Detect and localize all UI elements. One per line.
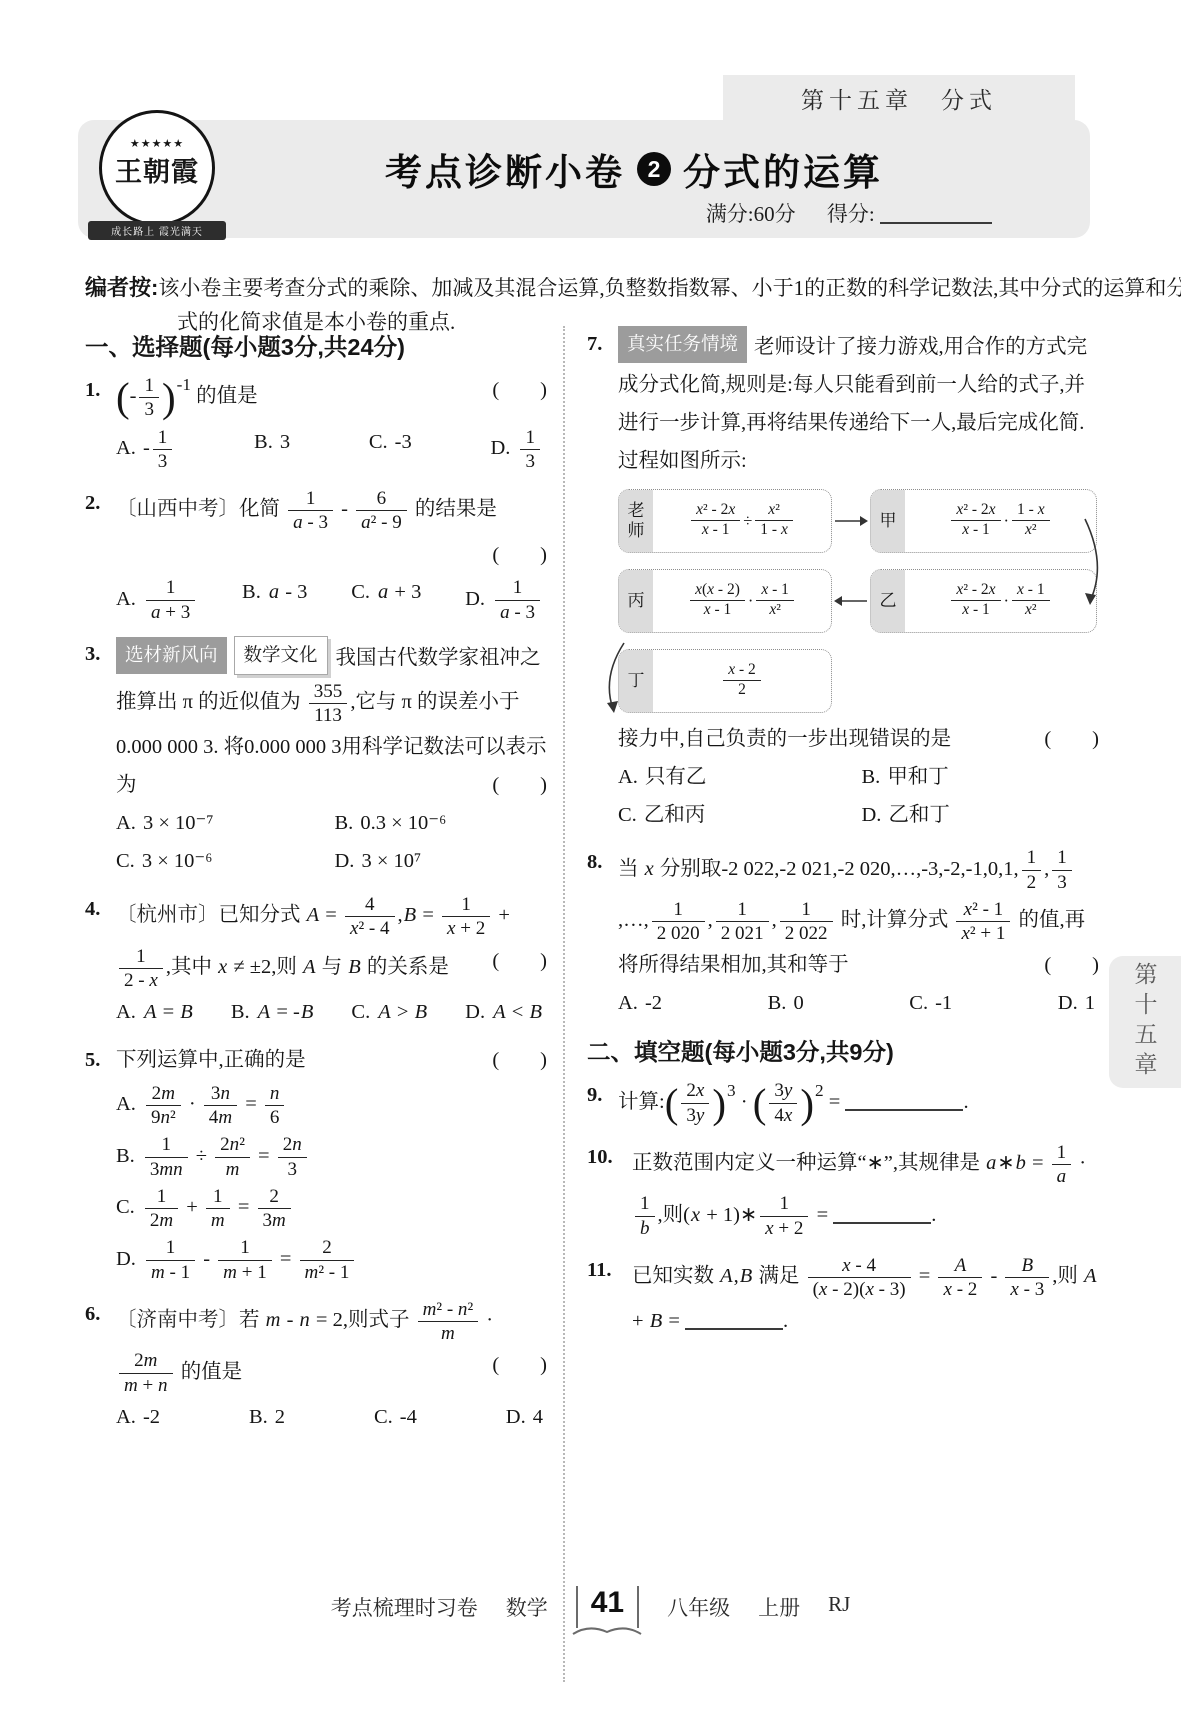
- brand-logo: ★★★★★ 王朝霞 成长路上 霞光满天: [94, 110, 220, 246]
- score-line: 满分:60分 得分:: [706, 198, 992, 228]
- option-b: B.a - 3: [242, 574, 307, 626]
- full-score-label: 满分:60分: [706, 202, 796, 226]
- option-a: A.1a + 3: [116, 574, 198, 626]
- question-6-stem: 〔济南中考〕若 m - n = 2,则式子 m² - n²m · 2mm + n…: [116, 1296, 547, 1399]
- header-box: ★★★★★ 王朝霞 成长路上 霞光满天 考点诊断小卷 2 分式的运算 满分:60…: [78, 120, 1090, 238]
- option-c: C.-1: [909, 985, 952, 1023]
- option-a: A.3 × 10⁻⁷: [116, 805, 329, 843]
- question-4-options: A.A = B B.A = -B C.A > B D.A < B: [116, 994, 547, 1032]
- option-d: D.A < B: [465, 994, 543, 1032]
- option-a: A.-2: [618, 985, 662, 1023]
- brand-name: 王朝霞: [115, 150, 199, 189]
- curved-arrow-left-icon: [602, 641, 628, 721]
- option-c: C.3 × 10⁻⁶: [116, 843, 329, 881]
- question-5: 5. 下列运算中,正确的是( ) A.2m9n² · 3n4m = n6 B.1…: [85, 1042, 547, 1286]
- option-b: B.甲和丁: [862, 759, 1100, 797]
- side-chapter-tab: 第十五章: [1109, 956, 1181, 1088]
- editor-note-label: 编者按:: [85, 275, 158, 300]
- question-7-question: 接力中,自己负责的一步出现错误的是( ): [618, 721, 1099, 759]
- option-d: D.1m - 1 - 1m + 1 = 2m² - 1: [116, 1234, 547, 1286]
- question-8-options: A.-2 B.0 C.-1 D.1: [618, 985, 1099, 1023]
- section-two-title: 二、填空题(每小题3分,共9分): [587, 1033, 1099, 1067]
- question-11: 11. 已知实数 A,B 满足 x - 4(x - 2)(x - 3) = Ax…: [587, 1252, 1099, 1341]
- option-d: D.3 × 10⁷: [335, 843, 548, 881]
- question-7-intro: 真实任务情境老师设计了接力游戏,用合作的方式完成分式化简,规则是:每人只能看到前…: [618, 326, 1099, 481]
- question-3-number: 3.: [85, 636, 100, 674]
- relay-box-yi: 乙 x² - 2xx - 1 · x - 1x²: [870, 569, 1097, 633]
- page-number-book: 41: [576, 1586, 639, 1628]
- question-7-number: 7.: [587, 326, 602, 364]
- brand-logo-circle: ★★★★★ 王朝霞: [99, 110, 215, 226]
- worksheet-page: 第十五章 分式 ★★★★★ 王朝霞 成长路上 霞光满天 考点诊断小卷 2 分式的…: [0, 0, 1181, 1730]
- question-6: 6. 〔济南中考〕若 m - n = 2,则式子 m² - n²m · 2mm …: [85, 1296, 547, 1437]
- footer-series: 考点梳理时习卷: [331, 1592, 478, 1622]
- question-6-options: A.-2 B.2 C.-4 D.4: [116, 1399, 547, 1437]
- relay-box-jia: 甲 x² - 2xx - 1 · 1 - xx²: [870, 489, 1097, 553]
- option-c: C.-3: [369, 424, 412, 476]
- section-one-title: 一、选择题(每小题3分,共24分): [85, 328, 547, 362]
- question-2-options: A.1a + 3 B.a - 3 C.a + 3 D.1a - 3: [116, 574, 547, 626]
- question-11-stem: 已知实数 A,B 满足 x - 4(x - 2)(x - 3) = Ax - 2…: [632, 1252, 1099, 1341]
- option-d: D.13: [491, 424, 543, 476]
- column-divider: [563, 326, 565, 1682]
- question-5-stem: 下列运算中,正确的是( ): [116, 1042, 547, 1080]
- question-4-stem: 〔杭州市〕已知分式 A = 4x² - 4,B = 1x + 2 + 12 - …: [116, 891, 547, 994]
- answer-bracket: ( ): [492, 943, 547, 981]
- question-3-stem: 选材新风向数学文化我国古代数学家祖冲之推算出 π 的近似值为 355113,它与…: [116, 636, 547, 805]
- title-number-badge: 2: [637, 152, 671, 186]
- page-title-prefix: 考点诊断小卷: [385, 142, 625, 196]
- tag-real-task: 真实任务情境: [618, 326, 747, 363]
- right-column: 7. 真实任务情境老师设计了接力游戏,用合作的方式完成分式化简,规则是:每人只能…: [587, 326, 1099, 1682]
- question-1: 1. (-13)-1 的值是( ) A.-13 B.3 C.-3 D.13: [85, 372, 547, 475]
- answer-bracket: ( ): [492, 767, 547, 805]
- question-1-stem: (-13)-1 的值是( ): [116, 372, 547, 424]
- question-1-options: A.-13 B.3 C.-3 D.13: [116, 424, 547, 476]
- question-10-stem: 正数范围内定义一种运算“∗”,其规律是 a∗b = 1a · 1b,则(x + …: [632, 1139, 1099, 1242]
- option-b: B.13mn ÷ 2n²m = 2n3: [116, 1131, 547, 1183]
- question-3: 3. 选材新风向数学文化我国古代数学家祖冲之推算出 π 的近似值为 355113…: [85, 636, 547, 881]
- brand-slogan-ribbon: 成长路上 霞光满天: [88, 221, 226, 240]
- relay-label-yi: 乙: [871, 570, 905, 632]
- option-b: B.0.3 × 10⁻⁶: [335, 805, 548, 843]
- option-b: B.0: [768, 985, 804, 1023]
- option-c: C.-4: [374, 1399, 417, 1437]
- relay-diagram: 老师 x² - 2xx - 1 ÷ x²1 - x 甲 x² - 2xx - 1…: [618, 489, 1097, 713]
- tag-math-culture: 数学文化: [234, 636, 328, 675]
- relay-label-teacher: 老师: [619, 490, 653, 552]
- footer-subject: 数学: [506, 1592, 548, 1622]
- option-a: A.只有乙: [618, 759, 856, 797]
- curved-arrow-right-icon: [1081, 517, 1107, 613]
- option-d: D.4: [506, 1399, 543, 1437]
- relay-label-jia: 甲: [871, 490, 905, 552]
- arrow-left-icon: [832, 569, 870, 633]
- question-9: 9. 计算:(2x3y)3 · (3y4x)2 = .: [587, 1077, 1099, 1129]
- question-9-number: 9.: [587, 1077, 602, 1115]
- answer-bracket: ( ): [1044, 947, 1099, 985]
- relay-box-ding: 丁 x - 22: [618, 649, 832, 713]
- question-8: 8. 当 x 分别取-2 022,-2 021,-2 020,…,-3,-2,-…: [587, 844, 1099, 1023]
- chapter-tab: 第十五章 分式: [723, 75, 1075, 121]
- chapter-tab-label: 第十五章 分式: [801, 82, 997, 115]
- content-columns: 一、选择题(每小题3分,共24分) 1. (-13)-1 的值是( ) A.-1…: [85, 326, 1099, 1682]
- footer-grade: 八年级: [667, 1592, 730, 1622]
- relay-box-bing: 丙 x(x - 2)x - 1 · x - 1x²: [618, 569, 832, 633]
- open-book-icon: [569, 1621, 645, 1637]
- left-column: 一、选择题(每小题3分,共24分) 1. (-13)-1 的值是( ) A.-1…: [85, 326, 547, 1682]
- option-c: C.12m + 1m = 23m: [116, 1183, 547, 1235]
- option-b: B.A = -B: [231, 994, 315, 1032]
- question-11-number: 11.: [587, 1252, 612, 1290]
- footer-edition: RJ: [828, 1592, 850, 1617]
- option-b: B.3: [254, 424, 290, 476]
- question-10-number: 10.: [587, 1139, 613, 1177]
- page-title-suffix: 分式的运算: [683, 142, 883, 196]
- option-b: B.2: [249, 1399, 285, 1437]
- page-title: 考点诊断小卷 2 分式的运算: [228, 142, 1040, 196]
- answer-bracket: ( ): [492, 537, 547, 575]
- footer-volume: 上册: [758, 1592, 800, 1622]
- score-blank: [880, 201, 992, 224]
- question-9-stem: 计算:(2x3y)3 · (3y4x)2 = .: [618, 1077, 1099, 1129]
- page-footer: 考点梳理时习卷 数学 41 八年级 上册 RJ: [0, 1592, 1181, 1628]
- page-number: 41: [591, 1586, 624, 1619]
- relay-box-teacher: 老师 x² - 2xx - 1 ÷ x²1 - x: [618, 489, 832, 553]
- question-7: 7. 真实任务情境老师设计了接力游戏,用合作的方式完成分式化简,规则是:每人只能…: [587, 326, 1099, 834]
- stars-icon: ★★★★★: [130, 137, 184, 150]
- question-4: 4. 〔杭州市〕已知分式 A = 4x² - 4,B = 1x + 2 + 12…: [85, 891, 547, 1032]
- question-5-number: 5.: [85, 1042, 100, 1080]
- option-a: A.2m9n² · 3n4m = n6: [116, 1080, 547, 1132]
- answer-bracket: ( ): [492, 1347, 547, 1385]
- arrow-right-icon: [832, 489, 870, 553]
- question-10: 10. 正数范围内定义一种运算“∗”,其规律是 a∗b = 1a · 1b,则(…: [587, 1139, 1099, 1242]
- question-7-options: A.只有乙 B.甲和丁 C.乙和丙 D.乙和丁: [618, 759, 1099, 835]
- question-2: 2. 〔山西中考〕化简 1a - 3 - 6a² - 9 的结果是( ) A.1…: [85, 485, 547, 626]
- answer-bracket: ( ): [1044, 721, 1099, 759]
- option-d: D.1a - 3: [465, 574, 543, 626]
- option-a: A.A = B: [116, 994, 194, 1032]
- option-d: D.1: [1058, 985, 1095, 1023]
- score-label: 得分:: [827, 202, 875, 226]
- question-5-options: A.2m9n² · 3n4m = n6 B.13mn ÷ 2n²m = 2n3 …: [116, 1080, 547, 1286]
- answer-bracket: ( ): [492, 1042, 547, 1080]
- option-a: A.-2: [116, 1399, 160, 1437]
- question-2-stem: 〔山西中考〕化简 1a - 3 - 6a² - 9 的结果是( ): [116, 485, 547, 537]
- question-1-number: 1.: [85, 372, 100, 410]
- option-c: C.A > B: [351, 994, 428, 1032]
- option-c: C.a + 3: [351, 574, 421, 626]
- tag-new-material: 选材新风向: [116, 637, 227, 674]
- answer-bracket: ( ): [492, 372, 547, 410]
- question-3-options: A.3 × 10⁻⁷ B.0.3 × 10⁻⁶ C.3 × 10⁻⁶ D.3 ×…: [116, 805, 547, 881]
- question-8-number: 8.: [587, 844, 602, 882]
- option-a: A.-13: [116, 424, 175, 476]
- relay-label-bing: 丙: [619, 570, 653, 632]
- option-d: D.乙和丁: [862, 797, 1100, 835]
- option-c: C.乙和丙: [618, 797, 856, 835]
- question-8-stem: 当 x 分别取-2 022,-2 021,-2 020,…,-3,-2,-1,0…: [618, 844, 1099, 985]
- question-6-number: 6.: [85, 1296, 100, 1334]
- question-4-number: 4.: [85, 891, 100, 929]
- question-2-number: 2.: [85, 485, 100, 523]
